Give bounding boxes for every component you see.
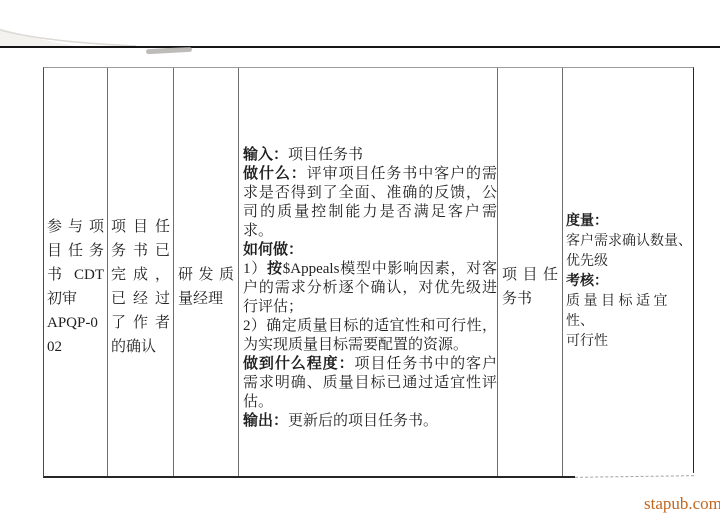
deliverable-cell: 项目任务书 [498, 68, 563, 476]
metrics-cell: 度量： 客户需求确认数量、 优先级 考核： 质量目标适宜性、 可行性 [563, 68, 693, 476]
entry-criteria-cell: 项目任务书已完成，已经过了作者的确认 [108, 68, 174, 476]
text-run: 更新后的项目任务书。 [288, 413, 438, 429]
process-paragraph-how-step1: 1）按$Appeals模型中影响因素，对客户的需求分析逐个确认，对优先级进行评估… [243, 260, 497, 317]
ink-smudge [146, 47, 192, 54]
owner-cell: 研发质量经理 [174, 68, 239, 476]
text-run: 做什么： [243, 166, 307, 182]
process-paragraph-output: 输出：更新后的项目任务书。 [243, 412, 497, 431]
measure-label: 度量： [566, 212, 692, 232]
watermark: stapub.com [644, 494, 720, 514]
text-run: 按 [267, 261, 283, 277]
faded-border-dash [575, 475, 694, 478]
process-paragraph-how-step2: 2）确定质量目标的适宜性和可行性，为实现质量目标需要配置的资源。 [243, 317, 497, 355]
page-edge-line [0, 46, 720, 48]
process-paragraph-how-label: 如何做： [243, 241, 497, 260]
text-run: 输入： [243, 147, 288, 163]
process-cell: 输入：项目任务书 做什么：评审项目任务书中客户的需求是否得到了全面、准确的反馈，… [239, 68, 498, 476]
table-bottom-fade [575, 473, 694, 481]
text-run: 输出： [243, 413, 288, 429]
text-run: 项目任务书 [288, 147, 363, 163]
process-paragraph-extent: 做到什么程度：项目任务书中的客户需求明确、质量目标已通过适宜性评估。 [243, 355, 497, 412]
activity-cell: 参与项目任务书CDT初审 APQP-002 [44, 68, 108, 476]
assess-text: 质量目标适宜性、 可行性 [566, 292, 692, 352]
page-curl [0, 27, 140, 47]
process-paragraph-what: 做什么：评审项目任务书中客户的需求是否得到了全面、准确的反馈，公司的质量控制能力… [243, 165, 497, 241]
process-table: 参与项目任务书CDT初审 APQP-002 项目任务书已完成，已经过了作者的确认… [43, 67, 694, 478]
measure-text: 客户需求确认数量、 优先级 [566, 232, 692, 272]
text-run: 做到什么程度： [243, 356, 355, 372]
assess-label: 考核： [566, 272, 692, 292]
text-run: 2）确定质量目标的适宜性和可行性，为实现质量目标需要配置的资源。 [243, 318, 497, 353]
text-run: 1） [243, 261, 267, 277]
document-page: 参与项目任务书CDT初审 APQP-002 项目任务书已完成，已经过了作者的确认… [0, 0, 720, 521]
process-paragraph-input: 输入：项目任务书 [243, 146, 497, 165]
text-run: 如何做： [243, 242, 303, 258]
